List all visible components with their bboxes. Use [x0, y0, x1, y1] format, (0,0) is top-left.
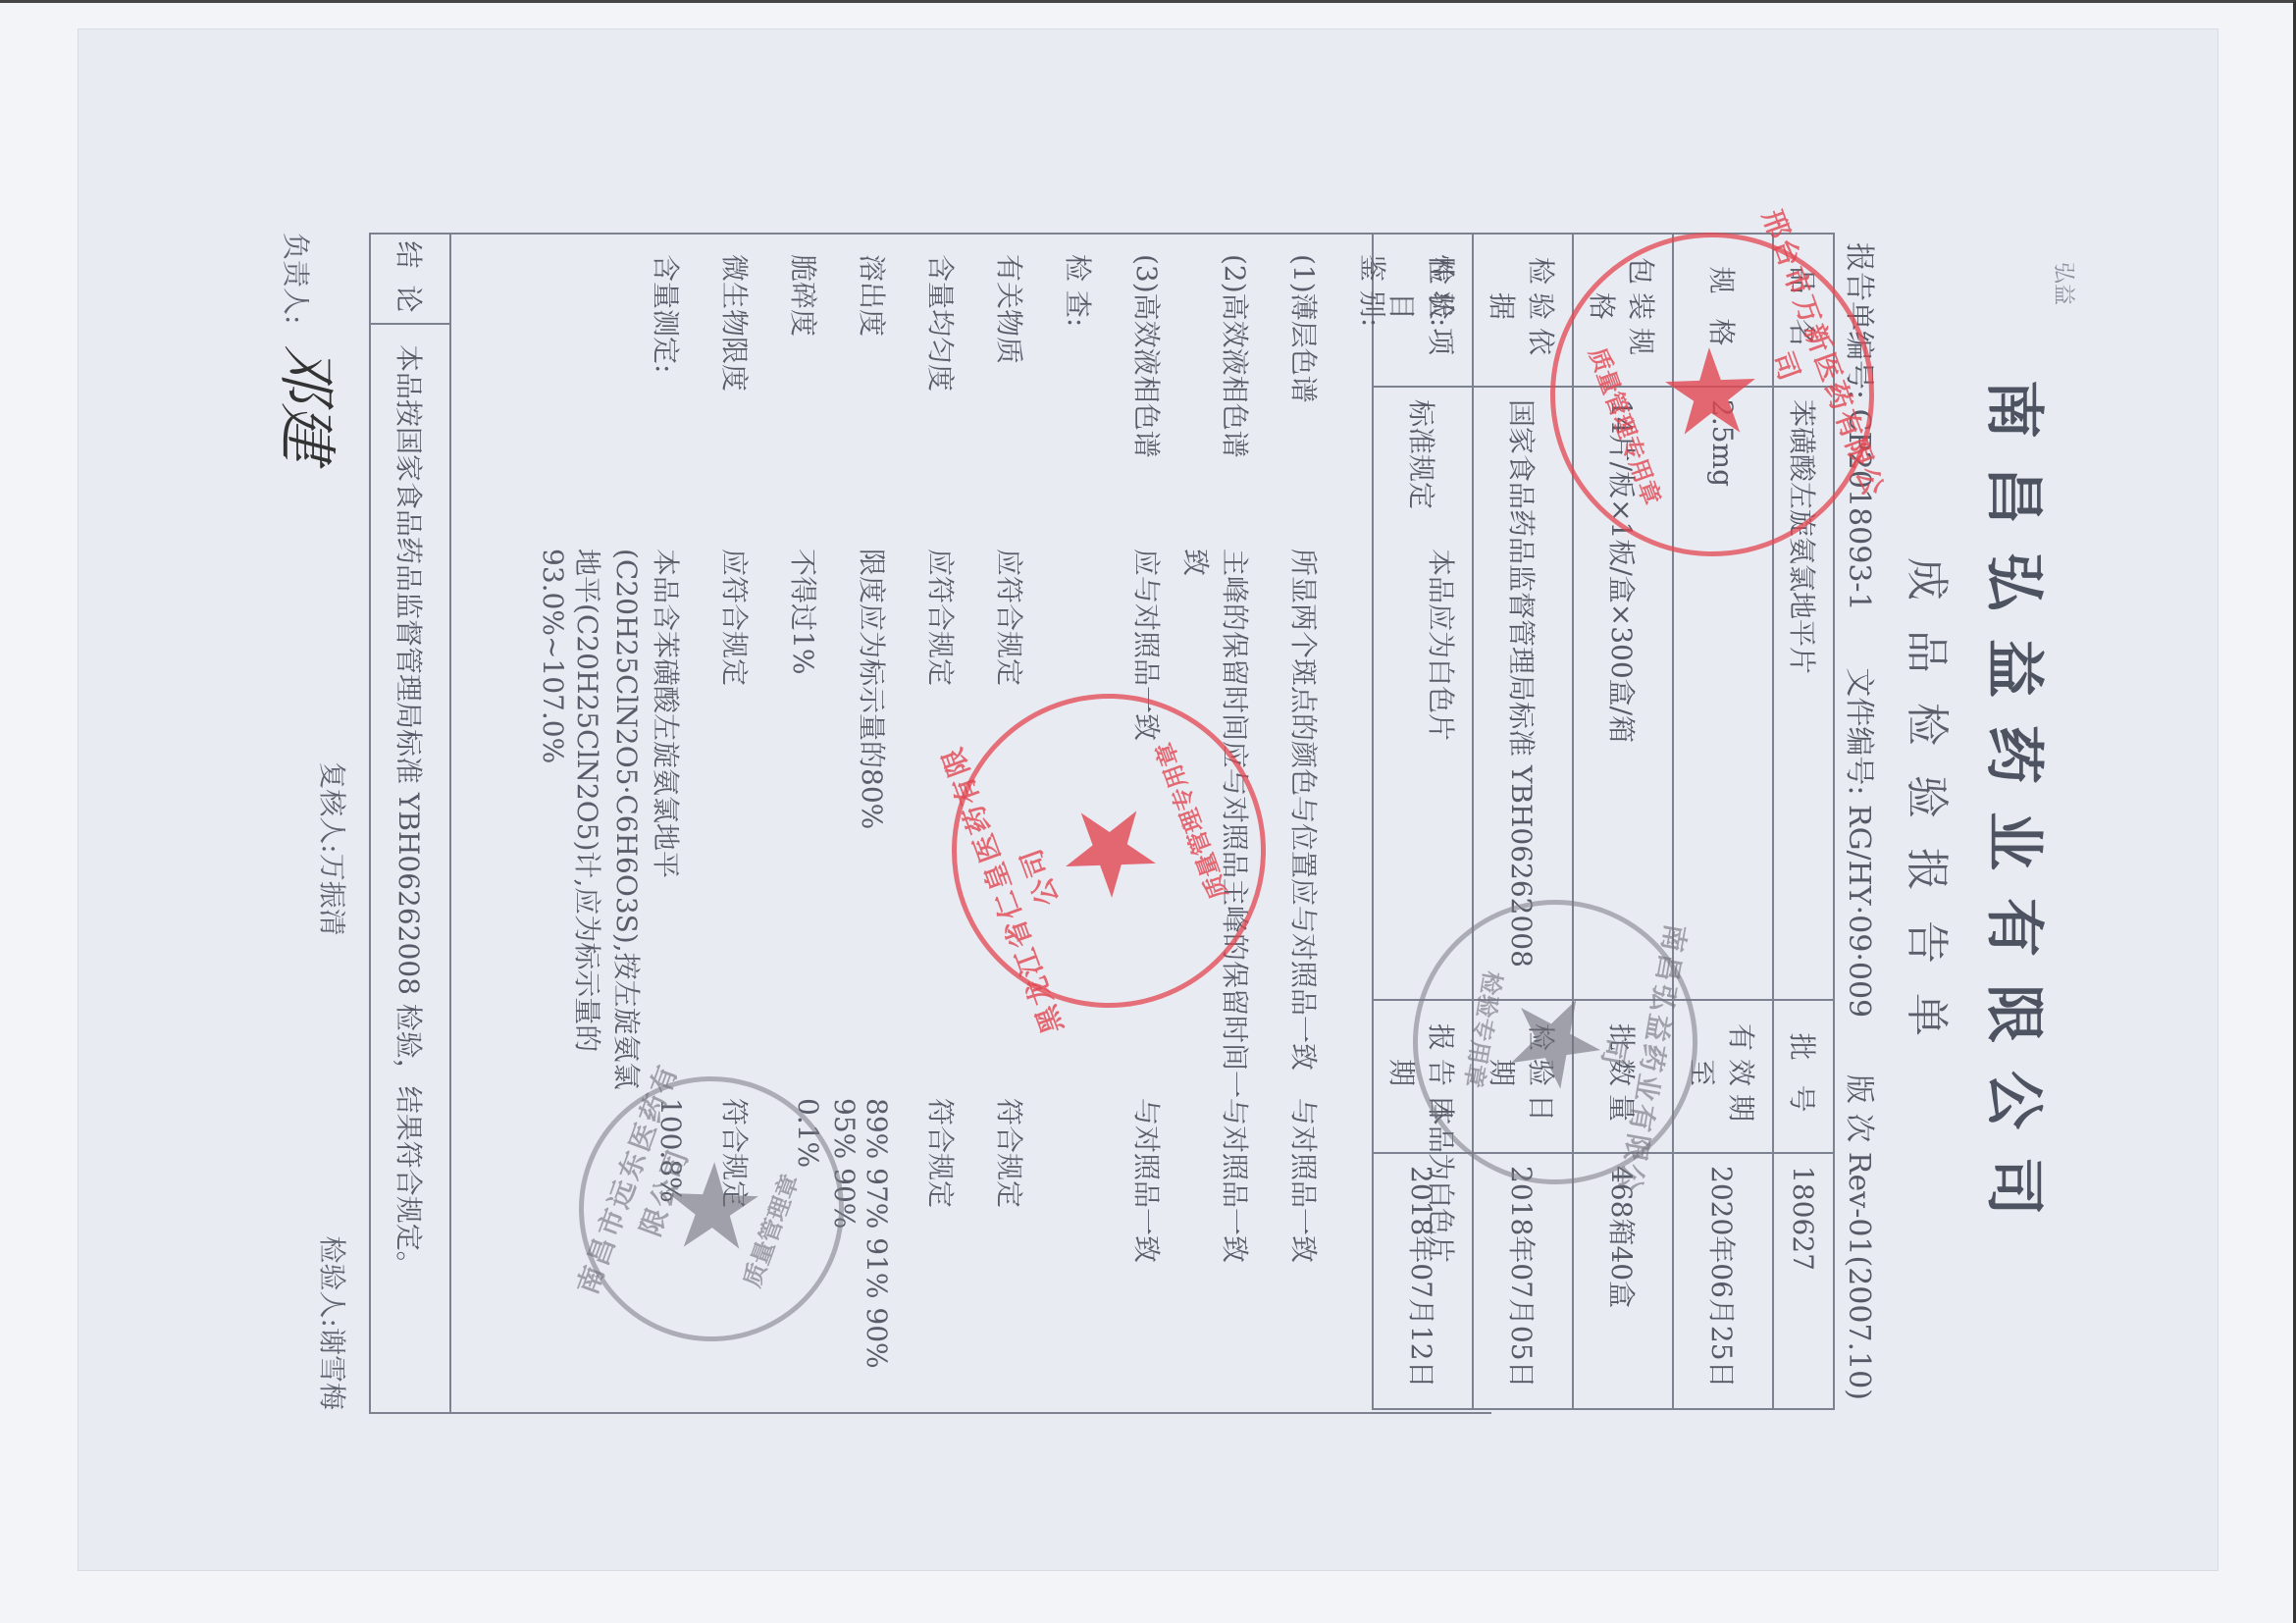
test-standard: 应符合规定	[716, 549, 756, 1098]
reviewer-name: 万振清	[316, 854, 348, 936]
conclusion-label: 结 论	[371, 235, 449, 325]
test-item: (2)高效液相色谱	[1177, 254, 1256, 549]
test-item: 脆碎度	[785, 254, 824, 549]
test-standard	[1354, 549, 1393, 1098]
test-item: 检 查:	[1060, 254, 1099, 549]
reviewer: 复核人:万振清	[269, 761, 353, 935]
report-title: 成品检验报告单	[1900, 115, 1962, 1508]
inspection-report-page: 弘益 南昌弘益药业有限公司 成品检验报告单 报告单编号: CP2018093-1…	[177, 115, 2119, 1508]
test-item: (1)薄层色谱	[1285, 254, 1325, 549]
test-item: 含量均匀度	[922, 254, 962, 549]
file-number-value: RG/HY·09·009	[1842, 805, 1876, 1018]
test-row: 性 状:本品应为白色片本品为白色片	[1423, 254, 1462, 1392]
test-row: (1)薄层色谱所显两个斑点的颜色与位置应与对照品一致与对照品一致	[1285, 254, 1325, 1392]
test-result	[1354, 1098, 1393, 1392]
test-standard: 限度应为标示量的80%	[828, 549, 893, 1098]
expiry: 2020年06月25日	[1673, 1153, 1773, 1409]
test-result	[1060, 1098, 1099, 1392]
version-label: 版 次	[1842, 1074, 1876, 1143]
test-result: 与对照品一致	[1177, 1098, 1256, 1392]
handwritten-signature: 邓建	[272, 343, 340, 461]
version: 版 次 Rev-01(2007.10)	[1841, 1074, 1884, 1400]
inspector-name: 谢雪梅	[316, 1328, 348, 1410]
test-item: 微生物限度	[716, 254, 756, 549]
test-standard: 不得过1%	[785, 549, 824, 1098]
conclusion-text: 本品按国家食品药品监督管理局标准 YBH06262008 检验，结果符合规定。	[391, 325, 430, 1279]
test-result: 与对照品一致	[1128, 1098, 1168, 1392]
file-number: 文件编号: RG/HY·09·009	[1841, 667, 1884, 1018]
inspector-label: 检验人:	[316, 1236, 348, 1328]
test-row: 鉴 别:	[1354, 254, 1393, 1392]
test-result: 符合规定	[922, 1098, 962, 1392]
test-item: 含量测定:	[537, 254, 687, 549]
test-item: 鉴 别:	[1354, 254, 1393, 549]
company-name: 南昌弘益药业有限公司	[1976, 115, 2061, 1508]
test-result: 与对照品一致	[1285, 1098, 1325, 1392]
test-item: 有关物质	[991, 254, 1030, 549]
batch-no-label: 批 号	[1773, 1000, 1834, 1153]
responsible-label: 负责人:	[280, 233, 312, 324]
batch-no: 180627	[1773, 1153, 1834, 1409]
reviewer-label: 复核人:	[316, 761, 348, 853]
test-item: (3)高效液相色谱	[1128, 254, 1168, 549]
test-item: 性 状:	[1423, 254, 1462, 549]
inspector: 检验人:谢雪梅	[269, 1236, 353, 1410]
signatures: 负责人:邓建 复核人:万振清 检验人:谢雪梅	[269, 233, 353, 1410]
version-value: Rev-01(2007.10)	[1842, 1152, 1876, 1400]
test-standard: 所显两个斑点的颜色与位置应与对照品一致	[1285, 549, 1325, 1098]
file-number-label: 文件编号:	[1842, 667, 1876, 795]
test-item: 溶出度	[828, 254, 893, 549]
conclusion-box: 结 论 本品按国家食品药品监督管理局标准 YBH06262008 检验，结果符合…	[369, 233, 451, 1414]
test-result: 符合规定	[991, 1098, 1030, 1392]
test-standard: 本品含苯磺酸左旋氨氯地平(C20H25ClN2O5·C6H6O3S),按左旋氨氯…	[537, 549, 687, 1098]
responsible-person: 负责人:邓建	[269, 233, 353, 461]
